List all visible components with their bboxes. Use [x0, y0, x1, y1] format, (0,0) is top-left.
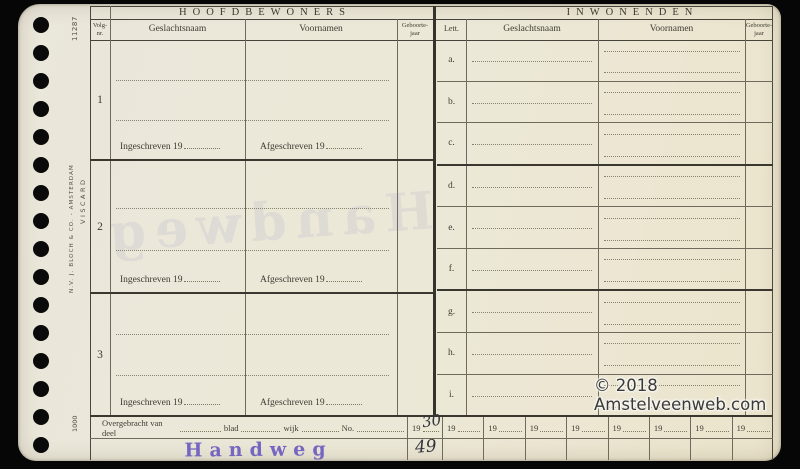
year-label: 19: [530, 423, 539, 433]
header-volgnr: Volg- nr.: [90, 19, 110, 40]
year-label: 19: [488, 423, 497, 433]
blad-label: blad: [224, 423, 239, 433]
row-letter: i.: [437, 375, 466, 416]
hoofdbewoners-title: HOOFDBEWONERS: [110, 7, 420, 19]
dotted-ruling-line: [604, 324, 740, 325]
row-letter: c.: [437, 123, 466, 164]
header-geboortejaar-top: Geboorte-: [402, 22, 428, 29]
dotted-ruling-line: [604, 114, 740, 115]
dotted-ruling-line: [116, 208, 389, 209]
afgeschreven-label: Afgeschreven 19: [260, 274, 362, 285]
dotted-leader: [184, 141, 220, 149]
punch-hole: [33, 437, 49, 453]
lodger-row-b: b.: [437, 81, 773, 123]
wijk-label: wijk: [283, 423, 298, 433]
dotted-leader: [326, 397, 362, 405]
row-letter: b.: [437, 82, 466, 123]
header-geboortejaar: Geboorte- jaar: [745, 19, 773, 40]
year-label: 19: [695, 423, 704, 433]
dotted-ruling-line: [604, 365, 740, 366]
street-stamp-cell: Handweg: [90, 439, 407, 460]
dotted-ruling-line: [472, 103, 592, 104]
year-cell: 19: [525, 417, 566, 439]
dotted-ruling-line: [604, 302, 740, 303]
dotted-ruling-line: [604, 134, 740, 135]
row-letter: h.: [437, 333, 466, 374]
dotted-leader: [184, 397, 220, 405]
overgebracht-label: Overgebracht van deel: [102, 418, 177, 438]
dotted-leader: [747, 424, 770, 432]
lodger-row-a: a.: [437, 40, 773, 81]
dotted-ruling-line: [604, 156, 740, 157]
stock-code: 1000: [71, 406, 79, 442]
header-geslachtsnaam: Geslachtsnaam: [110, 19, 245, 40]
ingeschreven-label: Ingeschreven 19: [120, 397, 220, 408]
punch-hole: [33, 45, 49, 61]
dotted-ruling-line: [604, 176, 740, 177]
dotted-ruling-line: [604, 198, 740, 199]
header-lett-label: Lett.: [444, 25, 459, 34]
dotted-leader: [540, 424, 563, 432]
inwonenden-body: a. b. c. d. e.: [437, 40, 773, 415]
dotted-ruling-line: [604, 218, 740, 219]
lodger-row-h: h.: [437, 332, 773, 374]
handwritten-house-number: 49: [414, 436, 437, 458]
afgeschreven-label: Afgeschreven 19: [260, 397, 362, 408]
header-volgnr-top: Volg-: [93, 22, 107, 29]
header-geboortejaar: Geboorte- jaar: [397, 19, 433, 40]
header-voornamen: Voornamen: [598, 19, 745, 40]
house-number-cell: 49: [407, 439, 442, 460]
header-volgnr-bottom: nr.: [97, 30, 104, 37]
dotted-ruling-line: [116, 334, 389, 335]
punch-hole: [33, 381, 49, 397]
year-prefix: 19: [412, 423, 421, 433]
dotted-leader: [326, 274, 362, 282]
header-geboortejaar-bottom: jaar: [410, 30, 420, 37]
dotted-leader: [241, 424, 280, 432]
dotted-leader: [326, 141, 362, 149]
brand-name: VISCARD: [79, 168, 87, 234]
empty-cell: [732, 439, 773, 460]
punch-hole: [33, 213, 49, 229]
year-cell: 19: [649, 417, 690, 439]
resident-block-3: 3 Ingeschreven 19 Afgeschreven 19: [90, 292, 433, 415]
afgeschreven-text: Afgeschreven 19: [260, 142, 325, 152]
block-number: 2: [90, 161, 110, 292]
dotted-ruling-line: [604, 240, 740, 241]
resident-block-1: 1 Ingeschreven 19 Afgeschreven 19: [90, 40, 433, 159]
afgeschreven-text: Afgeschreven 19: [260, 275, 325, 285]
year-label: 19: [654, 423, 663, 433]
empty-cell: [608, 439, 649, 460]
year-label: 19: [571, 423, 580, 433]
header-voornamen: Voornamen: [245, 19, 397, 40]
header-geboortejaar-bottom: jaar: [754, 30, 764, 37]
year-label: 19: [613, 423, 622, 433]
header-lett: Lett.: [437, 19, 466, 40]
dotted-ruling-line: [116, 120, 389, 121]
header-geboortejaar-top: Geboorte-: [746, 22, 772, 29]
overgebracht-cell: Overgebracht van deel blad wijk No.: [90, 417, 407, 439]
lodger-row-f: f.: [437, 248, 773, 290]
header-geslachtsnaam-label: Geslachtsnaam: [149, 24, 207, 34]
inwonenden-header-row: Lett. Geslachtsnaam Voornamen Geboorte- …: [437, 19, 773, 40]
punch-hole: [33, 325, 49, 341]
dotted-ruling-line: [472, 354, 592, 355]
block-number: 1: [90, 40, 110, 159]
row-letter: g.: [437, 291, 466, 332]
punch-hole: [33, 297, 49, 313]
dotted-ruling-line: [472, 270, 592, 271]
year-cell: 19: [442, 417, 483, 439]
inwonenden-title: INWONENDEN: [470, 7, 795, 19]
scanned-registration-card: 11287 VISCARD N.V. J. BLOCH & CO. - AMST…: [0, 0, 800, 469]
header-geslachtsnaam-label: Geslachtsnaam: [503, 24, 561, 34]
hoofdbewoners-body: 1 Ingeschreven 19 Afgeschreven 19 2 Inge…: [90, 40, 433, 415]
dotted-leader: [357, 424, 404, 432]
punch-hole: [33, 269, 49, 285]
empty-cell: [690, 439, 731, 460]
afgeschreven-label: Afgeschreven 19: [260, 141, 362, 152]
dotted-leader: [623, 424, 646, 432]
copyright-watermark: © 2018 Amstelveenweb.com: [594, 376, 800, 414]
dotted-ruling-line: [604, 343, 740, 344]
ingeschreven-text: Ingeschreven 19: [120, 275, 183, 285]
dotted-ruling-line: [604, 72, 740, 73]
hoofdbewoners-header-row: Volg- nr. Geslachtsnaam Voornamen Geboor…: [90, 19, 433, 40]
empty-cell: [525, 439, 566, 460]
first-year-cell: 19 30: [407, 417, 442, 439]
header-voornamen-label: Voornamen: [650, 24, 694, 34]
empty-cell: [442, 439, 483, 460]
lodger-row-d: d.: [437, 164, 773, 207]
handwritten-year: 30: [421, 411, 443, 432]
year-cell: 19: [732, 417, 773, 439]
dotted-ruling-line: [604, 92, 740, 93]
year-label: 19: [447, 423, 456, 433]
serial-number: 11287: [71, 8, 79, 50]
year-cell: 19: [483, 417, 524, 439]
street-stamp: Handweg: [90, 438, 407, 462]
ingeschreven-label: Ingeschreven 19: [120, 141, 220, 152]
header-geslachtsnaam: Geslachtsnaam: [466, 19, 598, 40]
ingeschreven-text: Ingeschreven 19: [120, 142, 183, 152]
printer-imprint: N.V. J. BLOCH & CO. - AMSTERDAM: [69, 158, 75, 300]
year-cell: 19: [566, 417, 607, 439]
header-voornamen-label: Voornamen: [299, 24, 343, 34]
lodger-row-c: c.: [437, 122, 773, 164]
dotted-ruling-line: [604, 281, 740, 282]
year-cell: 19: [608, 417, 649, 439]
punch-hole: [33, 353, 49, 369]
dotted-ruling-line: [116, 250, 389, 251]
dotted-leader: [706, 424, 729, 432]
dotted-ruling-line: [472, 228, 592, 229]
dotted-ruling-line: [472, 61, 592, 62]
dotted-ruling-line: [472, 144, 592, 145]
dotted-leader: [184, 274, 220, 282]
row-letter: e.: [437, 207, 466, 248]
punch-hole: [33, 157, 49, 173]
punch-hole: [33, 101, 49, 117]
empty-cell: [649, 439, 690, 460]
no-label: No.: [342, 423, 355, 433]
ingeschreven-label: Ingeschreven 19: [120, 274, 220, 285]
footer-strip: Overgebracht van deel blad wijk No. 19 3…: [90, 415, 773, 462]
punch-hole: [33, 409, 49, 425]
dotted-leader: [302, 424, 339, 432]
ingeschreven-text: Ingeschreven 19: [120, 398, 183, 408]
punch-hole: [33, 17, 49, 33]
dotted-leader: [180, 424, 221, 432]
dotted-ruling-line: [472, 187, 592, 188]
resident-block-2: 2 Ingeschreven 19 Afgeschreven 19: [90, 159, 433, 292]
empty-cell: [483, 439, 524, 460]
dotted-leader: [582, 424, 605, 432]
punch-hole: [33, 185, 49, 201]
lodger-row-g: g.: [437, 289, 773, 332]
dotted-ruling-line: [472, 396, 592, 397]
afgeschreven-text: Afgeschreven 19: [260, 398, 325, 408]
dotted-leader: [458, 424, 481, 432]
punch-hole: [33, 129, 49, 145]
dotted-ruling-line: [116, 80, 389, 81]
dotted-leader: [499, 424, 522, 432]
block-number: 3: [90, 294, 110, 415]
dotted-leader: [664, 424, 687, 432]
dotted-ruling-line: [472, 312, 592, 313]
lodger-row-e: e.: [437, 206, 773, 248]
row-letter: d.: [437, 166, 466, 207]
row-letter: f.: [437, 249, 466, 290]
dotted-ruling-line: [604, 259, 740, 260]
dotted-ruling-line: [116, 375, 389, 376]
row-letter: a.: [437, 40, 466, 81]
section-divider-line: [433, 6, 436, 415]
dotted-ruling-line: [604, 51, 740, 52]
year-cell: 19: [690, 417, 731, 439]
punch-hole: [33, 241, 49, 257]
year-label: 19: [737, 423, 746, 433]
punch-hole: [33, 73, 49, 89]
empty-cell: [566, 439, 607, 460]
